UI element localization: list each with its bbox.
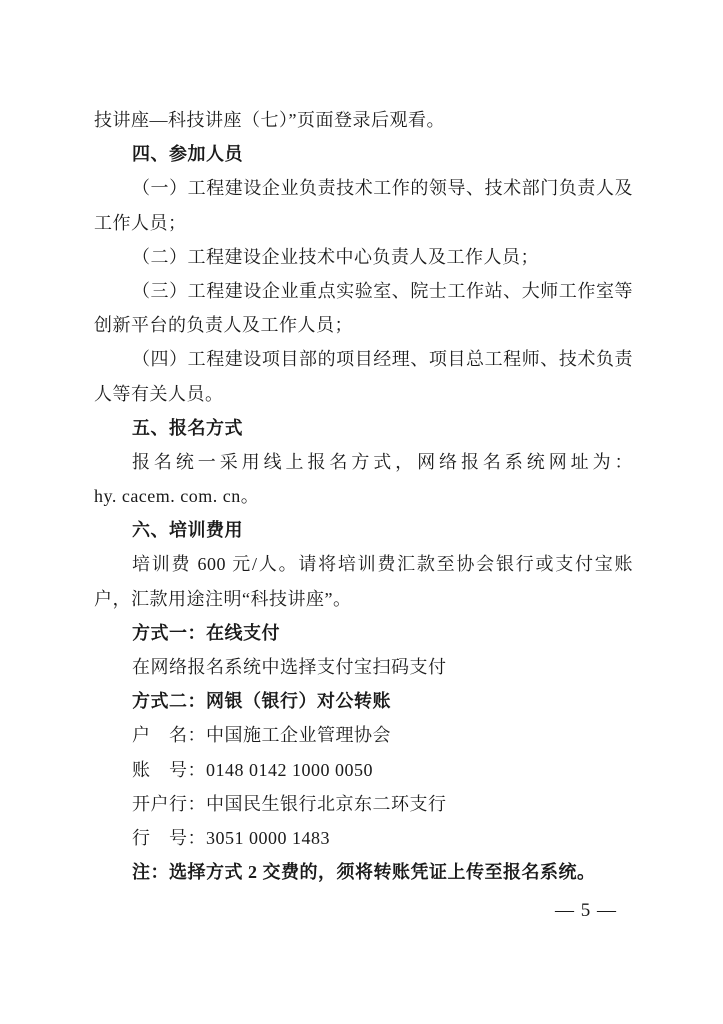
paragraph-participants-1a: （一）工程建设企业负责技术工作的领导、技术部门负责人及: [94, 171, 633, 205]
paragraph-participants-1b: 工作人员；: [94, 206, 633, 240]
paragraph-registration-1: 报名统一采用线上报名方式，网络报名系统网址为：: [94, 445, 633, 479]
paragraph-continuation: 技讲座—科技讲座（七）”页面登录后观看。: [94, 103, 633, 137]
paragraph-participants-4b: 人等有关人员。: [94, 377, 633, 411]
heading-section-four: 四、参加人员: [94, 137, 633, 171]
bank-branch-line: 开户行：中国民生银行北京东二环支行: [94, 787, 633, 821]
account-number-line: 账 号：0148 0142 1000 0050: [94, 753, 633, 787]
bank-number-line: 行 号：3051 0000 1483: [94, 821, 633, 855]
paragraph-participants-4a: （四）工程建设项目部的项目经理、项目总工程师、技术负责: [94, 342, 633, 376]
paragraph-participants-3b: 创新平台的负责人及工作人员；: [94, 308, 633, 342]
heading-payment-method-two: 方式二：网银（银行）对公转账: [94, 684, 633, 718]
document-body: 技讲座—科技讲座（七）”页面登录后观看。 四、参加人员 （一）工程建设企业负责技…: [94, 103, 633, 928]
heading-section-six: 六、培训费用: [94, 513, 633, 547]
paragraph-method-one-desc: 在网络报名系统中选择支付宝扫码支付: [94, 650, 633, 684]
paragraph-fee-2: 户，汇款用途注明“科技讲座”。: [94, 582, 633, 616]
note-line: 注：选择方式 2 交费的，须将转账凭证上传至报名系统。: [94, 855, 633, 889]
registration-website-url: hy. cacem. com. cn。: [94, 479, 633, 513]
document-page: 技讲座—科技讲座（七）”页面登录后观看。 四、参加人员 （一）工程建设企业负责技…: [0, 0, 723, 1024]
heading-payment-method-one: 方式一：在线支付: [94, 616, 633, 650]
heading-section-five: 五、报名方式: [94, 411, 633, 445]
account-name-line: 户 名：中国施工企业管理协会: [94, 718, 633, 752]
paragraph-participants-3a: （三）工程建设企业重点实验室、院士工作站、大师工作室等: [94, 274, 633, 308]
page-number: — 5 —: [94, 894, 633, 928]
paragraph-participants-2: （二）工程建设企业技术中心负责人及工作人员；: [94, 240, 633, 274]
paragraph-fee-1: 培训费 600 元/人。请将培训费汇款至协会银行或支付宝账: [94, 547, 633, 581]
